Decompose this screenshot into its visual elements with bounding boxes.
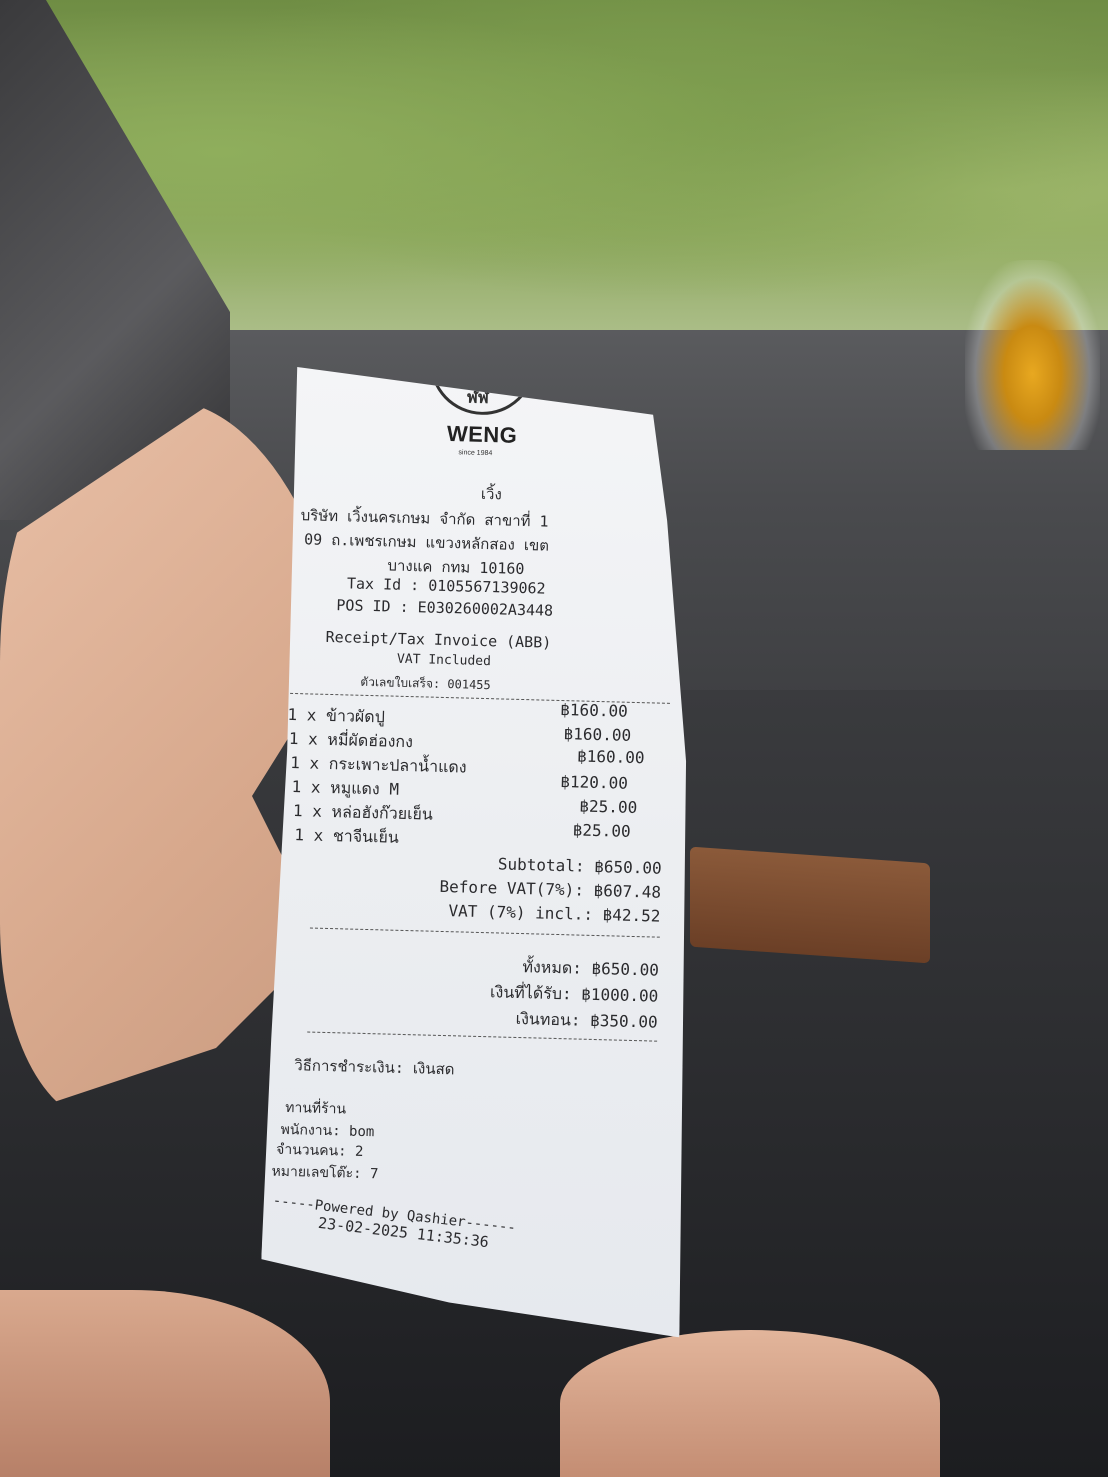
divider [310, 928, 660, 938]
vat-note: VAT Included [397, 652, 491, 669]
dine-type: ทานที่ร้าน [285, 1097, 346, 1121]
address-line-1: 09 ถ.เพชรเกษม แขวงหลักสอง เขต [304, 527, 549, 557]
tax-id: Tax Id : 0105567139062 [347, 574, 546, 597]
pos-id: POS ID : E030260002A3448 [336, 596, 553, 620]
golden-amulet [965, 260, 1100, 450]
brand-name: WENG [447, 421, 518, 449]
knee-right [560, 1330, 940, 1477]
item-line: 1 x ชาจีนเย็น [294, 823, 399, 851]
table-number: หมายเลขโต๊ะ: 7 [271, 1161, 378, 1186]
guest-count: จำนวนคน: 2 [276, 1139, 364, 1163]
wood-trim [690, 847, 930, 964]
item-price: ฿25.00 [517, 795, 637, 817]
item-price: ฿160.00 [511, 723, 631, 745]
doc-title: Receipt/Tax Invoice (ABB) [325, 628, 551, 652]
receipt-number: ตัวเลขใบเสร็จ: 001455 [360, 673, 491, 695]
item-price: ฿160.00 [508, 699, 628, 721]
brand-since: since 1984 [458, 449, 492, 457]
receipt: ฬฬ WENG since 1984 เวิ้ง บริษัท เวิ้งนคร… [260, 367, 705, 1338]
item-price: ฿160.00 [524, 745, 644, 767]
vat-amount: VAT (7%) incl.: ฿42.52 [280, 897, 660, 926]
payment-method: วิธีการชำระเงิน: เงินสด [294, 1053, 455, 1081]
item-price: ฿120.00 [508, 771, 628, 793]
item-price: ฿25.00 [510, 819, 630, 841]
